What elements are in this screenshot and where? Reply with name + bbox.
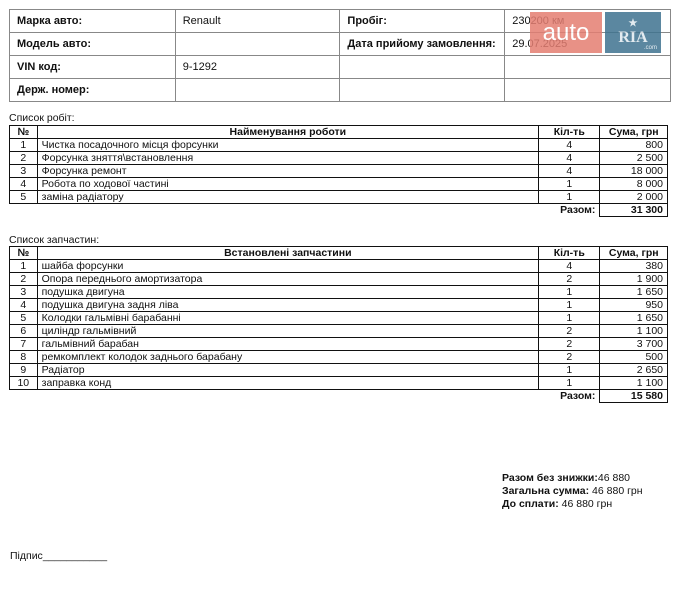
order-date-label: Дата прийому замовлення:	[340, 33, 505, 56]
row-number: 3	[10, 286, 38, 299]
col-qty: Кіл-ть	[539, 247, 600, 260]
make-label: Марка авто:	[10, 10, 176, 33]
row-qty: 4	[539, 152, 600, 165]
table-row: 1Чистка посадочного місця форсунки4800	[10, 139, 668, 152]
watermark-ria-text: RIA	[618, 29, 647, 47]
row-sum: 3 700	[600, 338, 668, 351]
row-number: 10	[10, 377, 38, 390]
table-row: 3Форсунка ремонт418 000	[10, 165, 668, 178]
row-name: подушка двигуна задня ліва	[37, 299, 538, 312]
row-number: 5	[10, 312, 38, 325]
table-row: 4подушка двигуна задня ліва1950	[10, 299, 668, 312]
row-name: Форсунка зняття\встановлення	[37, 152, 538, 165]
model-label: Модель авто:	[10, 33, 176, 56]
row-name: ремкомплект колодок заднього барабану	[37, 351, 538, 364]
table-row: 5заміна радіатору12 000	[10, 191, 668, 204]
row-sum: 800	[600, 139, 668, 152]
row-name: заправка конд	[37, 377, 538, 390]
col-sum: Сума, грн	[600, 247, 668, 260]
table-row: 2Опора переднього амортизатора21 900	[10, 273, 668, 286]
row-sum: 8 000	[600, 178, 668, 191]
row-qty: 1	[539, 312, 600, 325]
vin-label: VIN код:	[10, 56, 176, 79]
row-sum: 1 650	[600, 286, 668, 299]
table-row: 9Радіатор12 650	[10, 364, 668, 377]
row-number: 6	[10, 325, 38, 338]
table-row: 10заправка конд11 100	[10, 377, 668, 390]
row-qty: 1	[539, 178, 600, 191]
row-name: Колодки гальмівні барабанні	[37, 312, 538, 325]
no-discount-line: Разом без знижки:46 880	[502, 472, 643, 485]
parts-caption: Список запчастин:	[9, 234, 99, 246]
row-number: 7	[10, 338, 38, 351]
row-name: Опора переднього амортизатора	[37, 273, 538, 286]
empty-cell	[340, 79, 505, 102]
row-qty: 2	[539, 338, 600, 351]
plate-value	[175, 79, 340, 102]
row-sum: 1 650	[600, 312, 668, 325]
col-qty: Кіл-ть	[539, 126, 600, 139]
row-name: подушка двигуна	[37, 286, 538, 299]
works-table: № Найменування роботи Кіл-ть Сума, грн 1…	[9, 125, 668, 217]
make-value: Renault	[175, 10, 340, 33]
col-name: Найменування роботи	[37, 126, 538, 139]
watermark-auto: auto	[530, 12, 602, 53]
row-number: 9	[10, 364, 38, 377]
grand-total-line: Загальна сумма: 46 880 грн	[502, 485, 643, 498]
empty-cell	[340, 56, 505, 79]
empty-cell	[505, 79, 671, 102]
col-name: Встановлені запчастини	[37, 247, 538, 260]
payment-summary: Разом без знижки:46 880 Загальна сумма: …	[502, 472, 643, 511]
watermark-suffix: .com	[644, 45, 657, 51]
mileage-label: Пробіг:	[340, 10, 505, 33]
signature-label: Підпис	[10, 550, 43, 562]
row-name: циліндр гальмівний	[37, 325, 538, 338]
table-row: 8ремкомплект колодок заднього барабану25…	[10, 351, 668, 364]
row-number: 3	[10, 165, 38, 178]
table-row: 1шайба форсунки4380	[10, 260, 668, 273]
parts-table: № Встановлені запчастини Кіл-ть Сума, гр…	[9, 246, 668, 403]
row-qty: 4	[539, 139, 600, 152]
row-sum: 1 100	[600, 325, 668, 338]
row-qty: 1	[539, 377, 600, 390]
row-sum: 1 900	[600, 273, 668, 286]
table-row: 4Робота по ходової частині18 000	[10, 178, 668, 191]
row-sum: 950	[600, 299, 668, 312]
row-name: шайба форсунки	[37, 260, 538, 273]
parts-total-label: Разом:	[539, 390, 600, 403]
row-qty: 1	[539, 191, 600, 204]
row-number: 2	[10, 152, 38, 165]
vin-value: 9-1292	[175, 56, 340, 79]
table-row: 7гальмівний барабан23 700	[10, 338, 668, 351]
table-row: 2Форсунка зняття\встановлення42 500	[10, 152, 668, 165]
row-number: 1	[10, 139, 38, 152]
row-number: 8	[10, 351, 38, 364]
parts-total-value: 15 580	[600, 390, 668, 403]
row-number: 5	[10, 191, 38, 204]
row-number: 1	[10, 260, 38, 273]
works-caption: Список робіт:	[9, 112, 75, 124]
row-name: гальмівний барабан	[37, 338, 538, 351]
col-sum: Сума, грн	[600, 126, 668, 139]
row-qty: 4	[539, 165, 600, 178]
row-name: Форсунка ремонт	[37, 165, 538, 178]
to-pay-line: До сплати: 46 880 грн	[502, 498, 643, 511]
row-number: 4	[10, 178, 38, 191]
table-row: 3подушка двигуна11 650	[10, 286, 668, 299]
row-qty: 1	[539, 299, 600, 312]
watermark-ria: ★ RIA .com	[605, 12, 661, 53]
col-number: №	[10, 126, 38, 139]
row-name: заміна радіатору	[37, 191, 538, 204]
row-name: Робота по ходової частині	[37, 178, 538, 191]
table-row: 5Колодки гальмівні барабанні11 650	[10, 312, 668, 325]
row-name: Чистка посадочного місця форсунки	[37, 139, 538, 152]
row-sum: 380	[600, 260, 668, 273]
signature-line: Підпис___________	[10, 550, 107, 562]
row-sum: 2 000	[600, 191, 668, 204]
plate-label: Держ. номер:	[10, 79, 176, 102]
row-qty: 2	[539, 325, 600, 338]
row-sum: 2 500	[600, 152, 668, 165]
row-number: 4	[10, 299, 38, 312]
autoria-watermark: auto ★ RIA .com	[530, 12, 661, 53]
signature-blank: ___________	[43, 550, 107, 562]
row-sum: 500	[600, 351, 668, 364]
empty-cell	[505, 56, 671, 79]
row-qty: 2	[539, 273, 600, 286]
table-row: 6циліндр гальмівний21 100	[10, 325, 668, 338]
row-qty: 2	[539, 351, 600, 364]
col-number: №	[10, 247, 38, 260]
row-qty: 1	[539, 364, 600, 377]
row-number: 2	[10, 273, 38, 286]
works-total-label: Разом:	[539, 204, 600, 217]
row-qty: 4	[539, 260, 600, 273]
star-icon: ★	[629, 19, 638, 29]
model-value	[175, 33, 340, 56]
row-sum: 1 100	[600, 377, 668, 390]
row-sum: 2 650	[600, 364, 668, 377]
works-total-value: 31 300	[600, 204, 668, 217]
row-name: Радіатор	[37, 364, 538, 377]
row-qty: 1	[539, 286, 600, 299]
row-sum: 18 000	[600, 165, 668, 178]
